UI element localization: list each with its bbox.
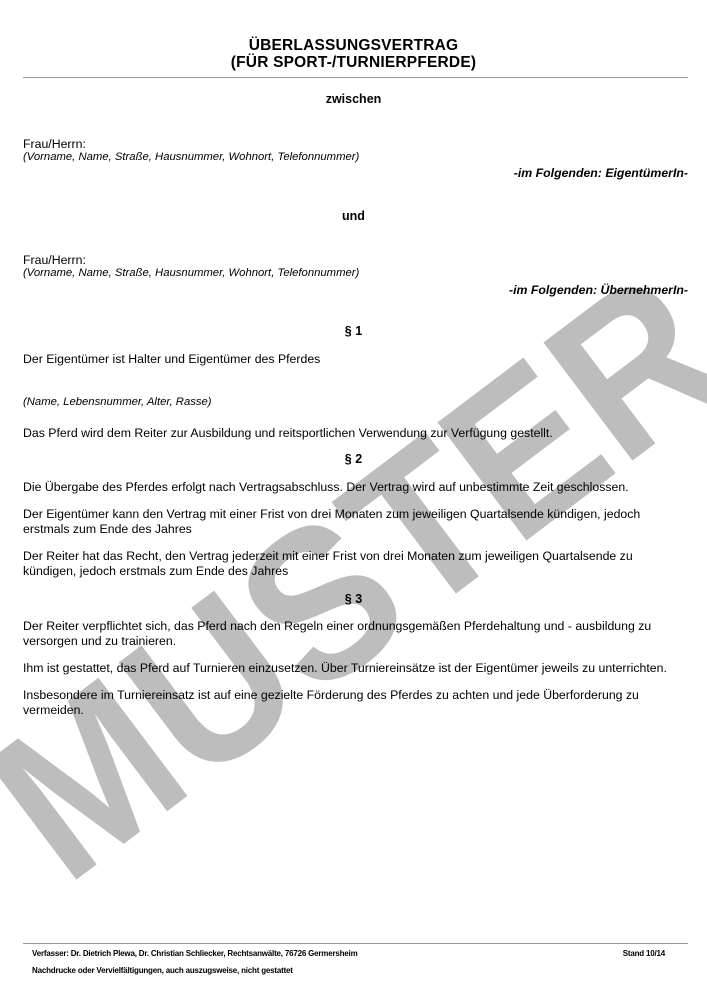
footer-rule [23, 943, 688, 944]
between-label: zwischen [0, 92, 707, 106]
party1-salutation: Frau/Herrn: [23, 137, 86, 152]
footer-author: Verfasser: Dr. Dietrich Plewa, Dr. Chris… [32, 949, 357, 958]
section-2-paragraph: Die Übergabe des Pferdes erfolgt nach Ve… [23, 480, 629, 495]
section-1-hint: (Name, Lebensnummer, Alter, Rasse) [23, 396, 212, 408]
section-2-paragraph: Der Reiter hat das Recht, den Vertrag je… [23, 549, 688, 579]
party2-role: -im Folgenden: ÜbernehmerIn- [509, 283, 688, 297]
section-3-heading: § 3 [0, 592, 707, 606]
section-3-paragraph: Insbesondere im Turniereinsatz ist auf e… [23, 688, 688, 718]
header-rule [23, 77, 688, 78]
document-content: ÜBERLASSUNGSVERTRAG (FÜR SPORT-/TURNIERP… [0, 0, 707, 1000]
party2-salutation: Frau/Herrn: [23, 253, 86, 268]
section-1-paragraph: Das Pferd wird dem Reiter zur Ausbildung… [23, 426, 553, 441]
footer-copyright: Nachdrucke oder Vervielfältigungen, auch… [32, 966, 532, 975]
footer-copyright-clip: Nachdrucke oder Vervielfältigungen, auch… [32, 966, 532, 975]
party1-role: -im Folgenden: EigentümerIn- [514, 166, 688, 180]
document-subtitle: (FÜR SPORT-/TURNIERPFERDE) [0, 54, 707, 71]
party2-hint: (Vorname, Name, Straße, Hausnummer, Wohn… [23, 267, 359, 279]
section-2-paragraph: Der Eigentümer kann den Vertrag mit eine… [23, 507, 688, 537]
section-1-paragraph: Der Eigentümer ist Halter und Eigentümer… [23, 352, 320, 367]
section-3-paragraph: Ihm ist gestattet, das Pferd auf Turnier… [23, 661, 667, 676]
footer-version: Stand 10/14 [623, 949, 665, 958]
section-2-heading: § 2 [0, 452, 707, 466]
section-1-heading: § 1 [0, 324, 707, 338]
document-title: ÜBERLASSUNGSVERTRAG [0, 37, 707, 54]
and-label: und [0, 209, 707, 223]
section-3-paragraph: Der Reiter verpflichtet sich, das Pferd … [23, 619, 688, 649]
document-page: MUSTER ÜBERLASSUNGSVERTRAG (FÜR SPORT-/T… [0, 0, 707, 1000]
party1-hint: (Vorname, Name, Straße, Hausnummer, Wohn… [23, 151, 359, 163]
